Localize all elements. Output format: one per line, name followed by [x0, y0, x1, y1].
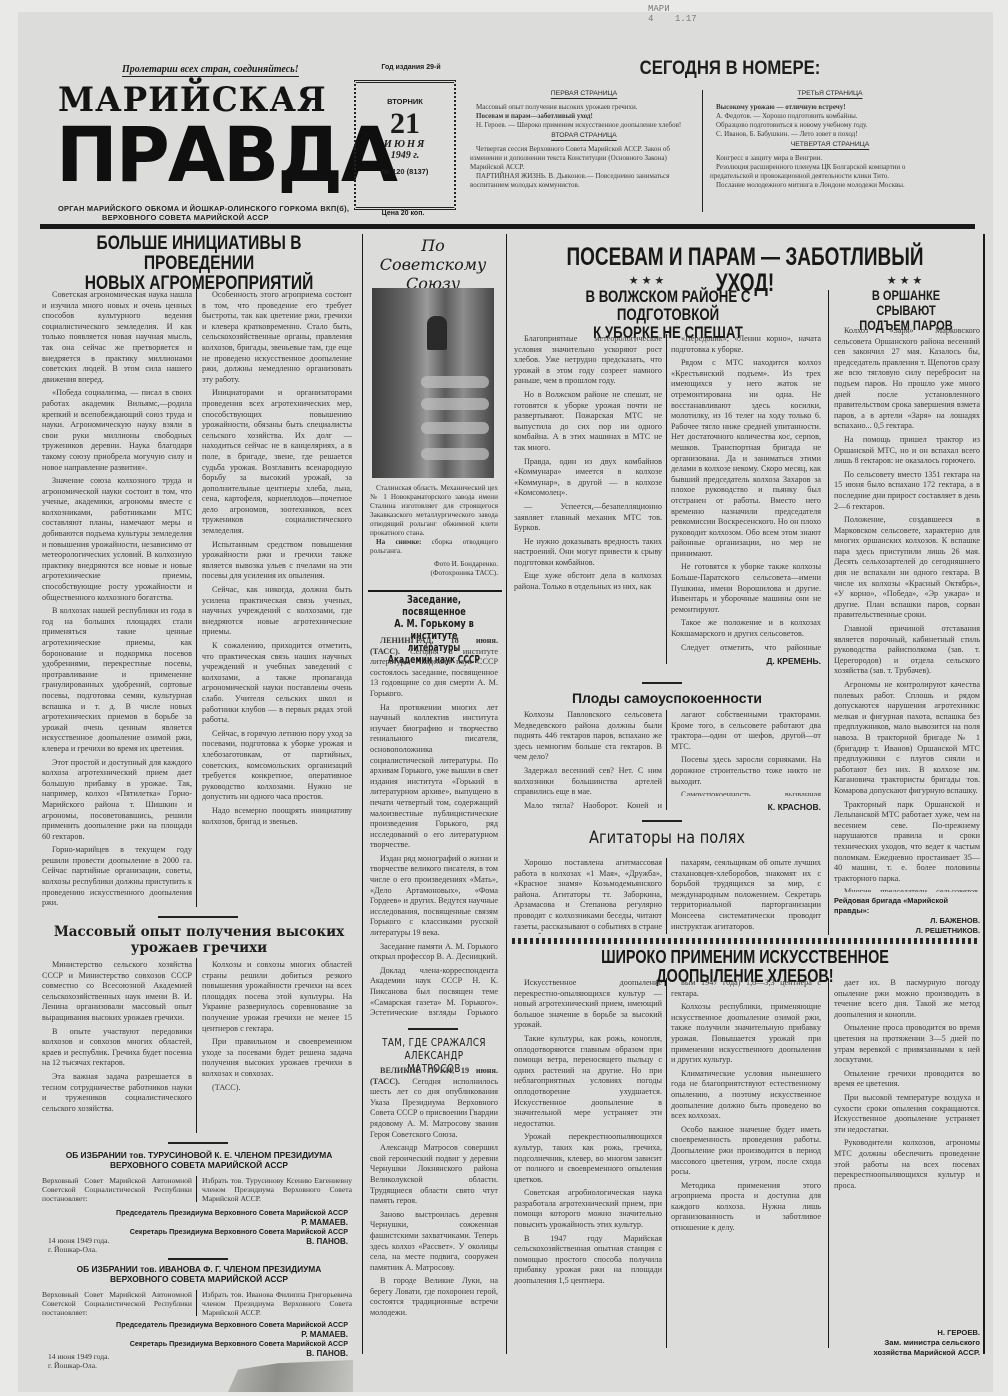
year-of-issue: Год издания 29-й: [366, 64, 456, 71]
signature: Д. КРЕМЕНЬ.: [671, 656, 821, 666]
paragraph: Такие культуры, как рожь, конопля, оплод…: [514, 1034, 662, 1129]
signature: Н. ГЕРОЕВ.: [834, 1328, 980, 1338]
complacency-col2: лагают собственными тракторами. Кроме то…: [671, 710, 821, 796]
secretary-title: Секретарь Президиума Верховного Совета М…: [42, 1339, 348, 1349]
newspaper-page: МАРИ 4 1.17 Пролетарии всех стран, соеди…: [18, 12, 993, 1392]
paragraph: При высокой температуре воздуха и сухост…: [834, 1093, 980, 1135]
agitators-headline: Агитаторы на полях: [510, 828, 824, 848]
paragraph: Заново выстроилась деревня Чернушки, сож…: [370, 1210, 498, 1274]
decree2-preamble: Верховный Совет Марийской Автономной Сов…: [42, 1290, 192, 1317]
month: ИЮНЯ: [356, 139, 454, 150]
pollination-col2: вым 1947 года) 1,8—3,3 центнера с гектар…: [671, 978, 821, 1378]
paragraph: (ТАСС).: [202, 1083, 352, 1094]
column-rule: [196, 958, 197, 1133]
agitators-col2: пахарям, сеяльщикам об опыте лучших стах…: [671, 858, 821, 934]
signature: Л. РЕШЕТНИКОВ.: [834, 926, 980, 936]
toc-heading: ТРЕТЬЯ СТРАНИЦА: [710, 90, 950, 97]
paragraph: Такое же положение и в колхозах Кокшамар…: [671, 618, 821, 639]
decree2-headline: ОБ ИЗБРАНИИ тов. ИВАНОВА Ф. Г. ЧЛЕНОМ ПР…: [40, 1264, 358, 1284]
paragraph: Главной причиной отставания является пор…: [834, 624, 980, 677]
paragraph: Этот простой и доступный для каждого кол…: [42, 758, 192, 843]
lead-headline: БОЛЬШЕ ИНИЦИАТИВЫ В ПРОВЕДЕНИИ НОВЫХ АГР…: [40, 234, 358, 294]
paragraph: — Успеется,—безапелляционно заявляет гла…: [514, 502, 662, 534]
paragraph: пахарям, сеяльщикам об опыте лучших стах…: [671, 858, 821, 932]
toc-item[interactable]: Резолюция расширенного пленума ЦК Болгар…: [710, 163, 950, 181]
paragraph: На помощь пришел трактор из Оршанской МТ…: [834, 435, 980, 467]
chair-title: Председатель Президиума Верховного Совет…: [42, 1208, 348, 1218]
factory-photo: [372, 288, 494, 478]
weekday: ВТОРНИК: [356, 97, 454, 106]
masthead-rule: [40, 224, 975, 229]
column-rule: [196, 1176, 197, 1202]
toc-item[interactable]: Посевам и парам—заботливый уход!: [470, 112, 698, 121]
paragraph: В 1947 году Марийская сельскохозяйственн…: [514, 1234, 662, 1287]
price: Цена 20 коп.: [354, 210, 452, 217]
signature-title: хозяйства Марийской АССР.: [834, 1348, 980, 1358]
toc-item[interactable]: Массовый опыт получения высоких урожаев …: [470, 103, 698, 112]
headline-line: Массовый опыт получения высоких: [40, 924, 358, 940]
signature: Л. БАЖЕНОВ.: [834, 916, 980, 926]
column-rule: [362, 234, 363, 1354]
paragraph: Издан ряд монографий о жизни и творчеств…: [370, 854, 498, 939]
decree1-resolution: Избрать тов. Турусинову Ксению Евгениевн…: [202, 1176, 352, 1203]
lead-col2: Особенность этого агроприема состоит в т…: [202, 290, 352, 912]
paragraph: Опыление проса проводится во время цвете…: [834, 1023, 980, 1065]
paragraph: Благоприятные метеорологические условия …: [514, 334, 662, 387]
paragraph: Руководители колхозов, агрономы МТС долж…: [834, 1138, 980, 1191]
decree2-resolution: Избрать тов. Иванова Филиппа Григорьевич…: [202, 1290, 352, 1317]
stamp-line: МАРИ: [648, 4, 697, 14]
paragraph: Колхозы Павловского сельсовета Медведевс…: [514, 710, 662, 763]
buckwheat-col2: Колхозы и совхозы многих областей страны…: [202, 960, 352, 1140]
paragraph: Агрономы не контролируют качества полевы…: [834, 680, 980, 797]
chair-name: Р. МАМАЕВ.: [42, 1330, 348, 1340]
date-box: ВТОРНИК 21 ИЮНЯ 1949 г. № 120 (8137): [354, 80, 456, 210]
toc-item[interactable]: Послание молодежного митинга в Лондоне м…: [710, 181, 950, 190]
decree-date: 14 июня 1949 года.: [48, 1352, 109, 1361]
column-rule: [506, 234, 507, 1354]
column-rule: [666, 978, 667, 1348]
headline-line: ВЕРХОВНОГО СОВЕТА МАРИЙСКОЙ АССР: [40, 1160, 358, 1170]
chair-name: Р. МАМАЕВ.: [42, 1218, 348, 1228]
paragraph: В опыте участвуют передовики колхозов и …: [42, 1027, 192, 1069]
agitators-col1: Хорошо поставлена агитмассовая работа в …: [514, 858, 662, 934]
stars-ornament: ★★★: [618, 274, 678, 287]
headline-line: В ВОЛЖСКОМ РАЙОНЕ С ПОДГОТОВКОЙ: [546, 288, 789, 324]
rubric: По Советскому Союзу: [366, 236, 500, 293]
decree1-preamble: Верховный Совет Марийской Автономной Сов…: [42, 1176, 192, 1203]
paragraph: Советская агробиологическая наука разраб…: [514, 1188, 662, 1230]
wavy-divider: [512, 938, 980, 944]
headline-line: Заседание, посвященное: [381, 594, 487, 618]
section-divider: [158, 916, 238, 918]
headline-line: ОБ ИЗБРАНИИ тов. ТУРУСИНОВОЙ К. Е. ЧЛЕНО…: [40, 1150, 358, 1160]
paragraph: Мало тягла? Наоборот. Коней и рабочих бы…: [514, 801, 662, 810]
paragraph: Колхозы республики, применяющие искусств…: [671, 1002, 821, 1066]
toc-item[interactable]: Высокому урожаю — отличную встречу!: [710, 103, 950, 112]
pollination-col3: дает их. В пасмурную погоду опыление ржи…: [834, 978, 980, 1324]
page-edge-rule: [983, 234, 985, 1354]
headline-line: урожаев гречихи: [40, 940, 358, 956]
orshanka-signatures: Рейдовая бригада «Марийской правды»: Л. …: [834, 896, 980, 936]
photo-note-label: На снимке:: [376, 538, 421, 546]
section-divider: [642, 820, 682, 822]
column-rule: [666, 710, 667, 810]
paragraph: По сельсовету вместо 1351 гектара на 15 …: [834, 470, 980, 512]
paragraph: Сейчас, как никогда, должна быть усилена…: [202, 585, 352, 638]
toc-item[interactable]: Конгресс в защиту мира в Венгрии.: [710, 154, 950, 163]
paragraph: Следует отметить, что районные организац…: [671, 643, 821, 652]
buckwheat-headline: Массовый опыт получения высоких урожаев …: [40, 924, 358, 956]
toc-heading: ПЕРВАЯ СТРАНИЦА: [470, 90, 698, 97]
signature-title: Зам. министра сельского: [834, 1338, 980, 1348]
column-rule: [828, 290, 829, 935]
paragraph: Эта важная задача разрешается в тесном с…: [42, 1072, 192, 1114]
paragraph: Особенность этого агроприема состоит в т…: [202, 290, 352, 385]
paragraph: Хорошо поставлена агитмассовая работа в …: [514, 858, 662, 934]
headline-line: ОБ ИЗБРАНИИ тов. ИВАНОВА Ф. Г. ЧЛЕНОМ ПР…: [40, 1264, 358, 1274]
paragraph: Методика применения этого агроприема про…: [671, 1181, 821, 1234]
section-divider: [408, 1028, 458, 1030]
toc-item[interactable]: Н. Героев. — Широко применим искусственн…: [470, 121, 698, 130]
toc-item[interactable]: Четвертая сессия Верховного Совета Марий…: [470, 145, 698, 172]
paragraph: Положение, создавшееся в Марковском сель…: [834, 515, 980, 621]
paragraph: На протяжении многих лет научный коллект…: [370, 703, 498, 851]
paragraph: В городе Великие Луки, на берегу Ловати,…: [370, 1276, 498, 1318]
column-rule: [666, 858, 667, 934]
paragraph: Посевы здесь заросли сорняками. На дорож…: [671, 755, 821, 787]
stamp-line: 4: [648, 14, 653, 24]
column-rule: [828, 978, 829, 1348]
paragraph: Инициаторами и организаторами проведения…: [202, 388, 352, 536]
paragraph: Но в Волжском районе не спешат, не готов…: [514, 390, 662, 454]
paragraph: Многие председатели сельсоветов, секрета…: [834, 887, 980, 892]
paragraph: лагают собственными тракторами. Кроме то…: [671, 710, 821, 752]
matrosov-body: ВЕЛИКИЕ ЛУКИ, 19 июня. (ТАСС). Сегодня и…: [370, 1066, 498, 1376]
decree-place: г. Йошкар-Ола.: [48, 1361, 109, 1370]
paragraph: В колхозах нашей республики из года в го…: [42, 606, 192, 754]
paragraph: Задержал весенний сев? Нет. С ним колхоз…: [514, 766, 662, 798]
headline-line: ВЕРХОВНОГО СОВЕТА МАРИЙСКОЙ АССР: [40, 1274, 358, 1284]
pollination-signature: Н. ГЕРОЕВ. Зам. министра сельского хозяй…: [834, 1328, 980, 1358]
paragraph: К сожалению, приходится отметить, что пр…: [202, 641, 352, 726]
slogan: Пролетарии всех стран, соединяйтесь!: [122, 64, 299, 77]
section-divider: [168, 1142, 228, 1144]
rubric-line: По Советскому: [366, 236, 500, 274]
photo-credit: (Фотохроника ТАСС).: [370, 569, 498, 578]
paragraph: Советская агрономическая наука нашла и и…: [42, 290, 192, 385]
organ-line: ВЕРХОВНОГО СОВЕТА МАРИЙСКОЙ АССР: [58, 213, 349, 222]
paragraph: Правда, один из двух комбайнов «Коммунар…: [514, 457, 662, 499]
organ-line: ОРГАН МАРИЙСКОГО ОБКОМА И ЙОШКАР-ОЛИНСКО…: [58, 204, 349, 213]
paragraph: дает их. В пасмурную погоду опыление ржи…: [834, 978, 980, 1020]
section-divider: [642, 682, 682, 684]
paragraph: Заседание памяти А. М. Горького открыл п…: [370, 942, 498, 963]
paragraph: Сейчас, в горячую летнюю пору уход за по…: [202, 729, 352, 803]
paragraph: Александр Матросов совершил свой героиче…: [370, 1143, 498, 1207]
toc-item[interactable]: Образцово подготовиться к новому учебном…: [710, 121, 950, 130]
complacency-col1: Колхозы Павловского сельсовета Медведевс…: [514, 710, 662, 810]
paragraph: Еще хуже обстоит дела в колхозах района.…: [514, 571, 662, 592]
complacency-headline: Плоды самоуспокоенности: [510, 690, 824, 706]
gorky-body: ЛЕНИНГРАД, 18 июня. (ТАСС). Сегодня в ин…: [370, 636, 498, 1020]
headline-line: ТАМ, ГДЕ СРАЖАЛСЯ: [380, 1036, 489, 1049]
decree-place: г. Йошкар-Ола.: [48, 1245, 109, 1254]
headline-line: В ОРШАНКЕ СРЫВАЮТ: [845, 288, 966, 318]
decree1-dateplace: 14 июня 1949 года. г. Йошкар-Ола.: [48, 1236, 109, 1254]
paragraph: Климатические условия нынешнего года не …: [671, 1069, 821, 1122]
volzhsk-col1: Благоприятные метеорологические условия …: [514, 334, 662, 664]
column-rule: [196, 1290, 197, 1316]
paragraph: «Победа социализма, — писал в своих рабо…: [42, 388, 192, 473]
paragraph: При правильном и своевременном уходе за …: [202, 1037, 352, 1079]
paragraph: Рядом с МТС находится колхоз «Крестьянск…: [671, 358, 821, 559]
contents-right: ТРЕТЬЯ СТРАНИЦА Высокому урожаю — отличн…: [710, 88, 950, 190]
paragraph: Не готовятся к уборке также колхозы Боль…: [671, 562, 821, 615]
paragraph: Урожай перекрестноопыляющихся культур, т…: [514, 1132, 662, 1185]
contents-title: СЕГОДНЯ В НОМЕРЕ:: [501, 58, 959, 80]
section-divider: [368, 590, 502, 592]
toc-heading: ВТОРАЯ СТРАНИЦА: [470, 132, 698, 139]
paragraph: Особо важное значение будет иметь своевр…: [671, 1125, 821, 1178]
paragraph: Самоуспокоенность, вызванная первыми усп…: [671, 790, 821, 796]
paragraph: Опыление гречихи проводится во время ее …: [834, 1069, 980, 1090]
photo-caption-block: Сталинская область. Механический цех № 1…: [370, 484, 498, 578]
chair-title: Председатель Президиума Верховного Совет…: [42, 1320, 348, 1330]
paragraph: Испытанным средством повышения урожайнос…: [202, 540, 352, 582]
toc-item[interactable]: С. Иванов, Б. Бабушкин. — Лето зовет в п…: [710, 130, 950, 139]
paragraph: Тракторный парк Оршанской и Лельпанской …: [834, 800, 980, 885]
paragraph: вым 1947 года) 1,8—3,3 центнера с гектар…: [671, 978, 821, 999]
photo-caption: Сталинская область. Механический цех № 1…: [370, 484, 498, 538]
paragraph: Надо всемерно поощрять инициативу колхоз…: [202, 806, 352, 827]
paragraph: Значение союза колхозного труда и агроно…: [42, 476, 192, 603]
issue-number: № 120 (8137): [356, 167, 454, 176]
photo-credit: Фото И. Бондаренко.: [370, 560, 498, 569]
paragraph: Колхоз «Заря» Марковского сельсовета Орш…: [834, 326, 980, 432]
contents-box: СЕГОДНЯ В НОМЕРЕ: ПЕРВАЯ СТРАНИЦА Массов…: [470, 58, 990, 218]
column-rule: [666, 334, 667, 664]
torn-paper-corner: [228, 1360, 353, 1392]
buckwheat-col1: Министерство сельского хозяйства СССР и …: [42, 960, 192, 1140]
decree1-headline: ОБ ИЗБРАНИИ тов. ТУРУСИНОВОЙ К. Е. ЧЛЕНО…: [40, 1150, 358, 1170]
decree2-dateplace: 14 июня 1949 года. г. Йошкар-Ола.: [48, 1352, 109, 1370]
orshanka-body: Колхоз «Заря» Марковского сельсовета Орш…: [834, 326, 980, 892]
paragraph: Горно-марийцев в текущем году решили про…: [42, 845, 192, 909]
pollination-col1: Искусственное доопыление перекрестно-опы…: [514, 978, 662, 1378]
section-divider: [168, 1258, 228, 1260]
year: 1949 г.: [356, 150, 454, 161]
toc-item[interactable]: А. Федотов. — Хорошо подготовить комбайн…: [710, 112, 950, 121]
paragraph: Министерство сельского хозяйства СССР и …: [42, 960, 192, 1024]
headline-text: Агитаторы на полях: [532, 828, 802, 848]
toc-item[interactable]: ПАРТИЙНАЯ ЖИЗНЬ. В. Дьяконов.— Повседнев…: [470, 172, 698, 190]
column-rule: [196, 287, 197, 907]
contents-left: ПЕРВАЯ СТРАНИЦА Массовый опыт получения …: [470, 88, 698, 190]
paragraph: Не нужно доказывать вредность таких наст…: [514, 537, 662, 569]
paragraph: Доклад члена-корреспондента Академии нау…: [370, 966, 498, 1020]
library-stamp: МАРИ 4 1.17: [648, 4, 697, 24]
stamp-line: 1.17: [675, 14, 697, 24]
stars-ornament: ★★★: [876, 274, 936, 287]
signature: К. КРАСНОВ.: [671, 802, 821, 812]
lead-col1: Советская агрономическая наука нашла и и…: [42, 290, 192, 912]
masthead-organ: ОРГАН МАРИЙСКОГО ОБКОМА И ЙОШКАР-ОЛИНСКО…: [58, 204, 349, 222]
masthead-title-line2: ПРАВДА: [56, 112, 347, 198]
brigade-label: Рейдовая бригада «Марийской правды»:: [834, 896, 980, 916]
paragraph: «Передовик», «Ленин корно», начата подго…: [671, 334, 821, 355]
day: 21: [356, 109, 454, 139]
volzhsk-col2: «Передовик», «Ленин корно», начата подго…: [671, 334, 821, 652]
decree-date: 14 июня 1949 года.: [48, 1236, 109, 1245]
headline-line: БОЛЬШЕ ИНИЦИАТИВЫ В ПРОВЕДЕНИИ: [69, 234, 330, 274]
paragraph: Колхозы и совхозы многих областей страны…: [202, 960, 352, 1034]
contents-divider: [702, 90, 703, 212]
paragraph: Искусственное доопыление перекрестно-опы…: [514, 978, 662, 1031]
toc-heading: ЧЕТВЕРТАЯ СТРАНИЦА: [710, 141, 950, 148]
